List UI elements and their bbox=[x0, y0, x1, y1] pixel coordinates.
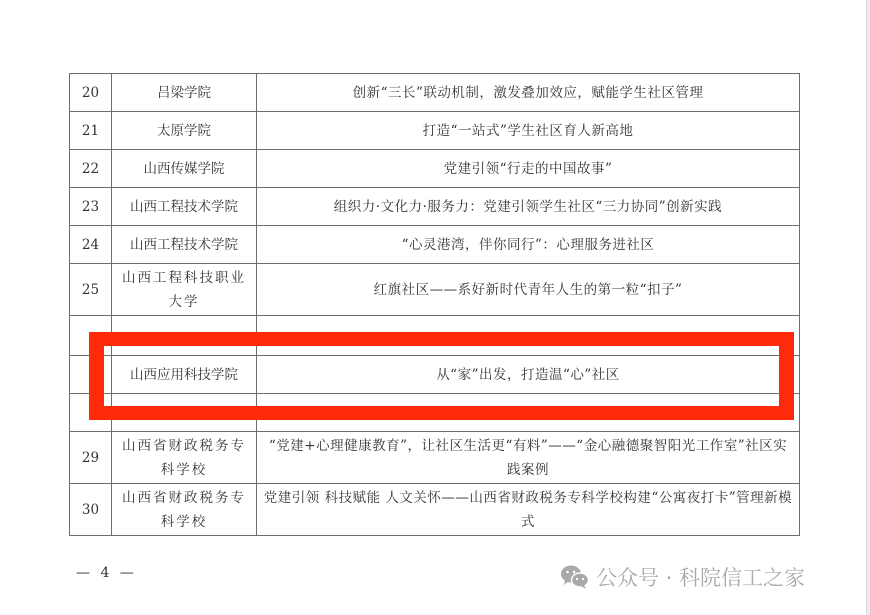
award-list-table: 20 吕梁学院 创新“三长”联动机制，激发叠加效应，赋能学生社区管理 21 太原… bbox=[69, 73, 800, 536]
row-number: 22 bbox=[70, 150, 112, 188]
project-title: 红旗社区——系好新时代青年人生的第一粒“扣子” bbox=[257, 264, 800, 316]
table-row: 29 山西省财政税务专科学校 “党建+心理健康教育”，让社区生活更“有料”——“… bbox=[70, 432, 800, 484]
table-row: 24 山西工程技术学院 “心灵港湾，伴你同行”：心理服务进社区 bbox=[70, 226, 800, 264]
table-row: 30 山西省财政税务专科学校 党建引领 科技赋能 人文关怀——山西省财政税务专科… bbox=[70, 484, 800, 536]
project-title: “心灵港湾，伴你同行”：心理服务进社区 bbox=[257, 226, 800, 264]
project-title: 组织力·文化力·服务力：党建引领学生社区“三力协同”创新实践 bbox=[257, 188, 800, 226]
document-page: 20 吕梁学院 创新“三长”联动机制，激发叠加效应，赋能学生社区管理 21 太原… bbox=[0, 0, 867, 615]
row-number: 21 bbox=[70, 112, 112, 150]
row-number: 20 bbox=[70, 74, 112, 112]
table-row: 21 太原学院 打造“一站式”学生社区育人新高地 bbox=[70, 112, 800, 150]
table-row: 25 山西工程科技职业大学 红旗社区——系好新时代青年人生的第一粒“扣子” bbox=[70, 264, 800, 316]
watermark-text: 公众号 · 科院信工之家 bbox=[596, 562, 805, 592]
wechat-icon bbox=[560, 564, 590, 590]
school-name: 山西省财政税务专科学校 bbox=[112, 432, 257, 484]
row-number: 25 bbox=[70, 264, 112, 316]
table-row: 23 山西工程技术学院 组织力·文化力·服务力：党建引领学生社区“三力协同”创新… bbox=[70, 188, 800, 226]
project-title: 打造“一站式”学生社区育人新高地 bbox=[257, 112, 800, 150]
row-number: 23 bbox=[70, 188, 112, 226]
row-number: 30 bbox=[70, 484, 112, 536]
school-name: 山西工程技术学院 bbox=[112, 226, 257, 264]
row-number: 24 bbox=[70, 226, 112, 264]
project-title: 党建引领 科技赋能 人文关怀——山西省财政税务专科学校构建“公寓夜打卡”管理新模… bbox=[257, 484, 800, 536]
school-name: 山西工程技术学院 bbox=[112, 188, 257, 226]
school-name: 吕梁学院 bbox=[112, 74, 257, 112]
school-name: 山西省财政税务专科学校 bbox=[112, 484, 257, 536]
watermark: 公众号 · 科院信工之家 bbox=[560, 562, 805, 592]
highlight-box bbox=[89, 332, 794, 420]
table-row: 20 吕梁学院 创新“三长”联动机制，激发叠加效应，赋能学生社区管理 bbox=[70, 74, 800, 112]
school-name: 山西传媒学院 bbox=[112, 150, 257, 188]
project-title: 党建引领“行走的中国故事” bbox=[257, 150, 800, 188]
page-number: — 4 — bbox=[76, 565, 137, 581]
school-name: 太原学院 bbox=[112, 112, 257, 150]
project-title: “党建+心理健康教育”，让社区生活更“有料”——“金心融德聚智阳光工作室”社区实… bbox=[257, 432, 800, 484]
school-name: 山西工程科技职业大学 bbox=[112, 264, 257, 316]
table-row: 22 山西传媒学院 党建引领“行走的中国故事” bbox=[70, 150, 800, 188]
row-number: 29 bbox=[70, 432, 112, 484]
project-title: 创新“三长”联动机制，激发叠加效应，赋能学生社区管理 bbox=[257, 74, 800, 112]
